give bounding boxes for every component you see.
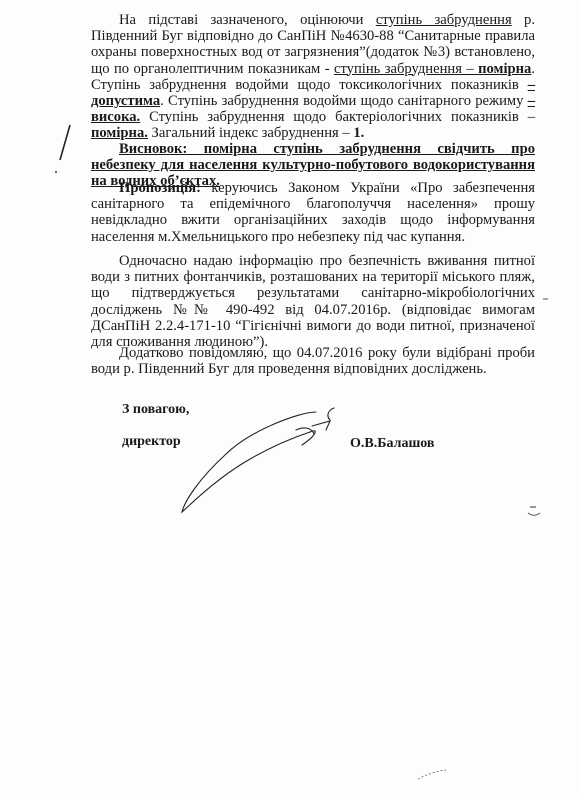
margin-mark-icon: [60, 125, 70, 160]
scanned-letter-page: На підставі зазначеного, оцінюючи ступін…: [0, 0, 580, 798]
handwritten-marks: [0, 0, 580, 798]
signature-icon: [182, 408, 334, 512]
